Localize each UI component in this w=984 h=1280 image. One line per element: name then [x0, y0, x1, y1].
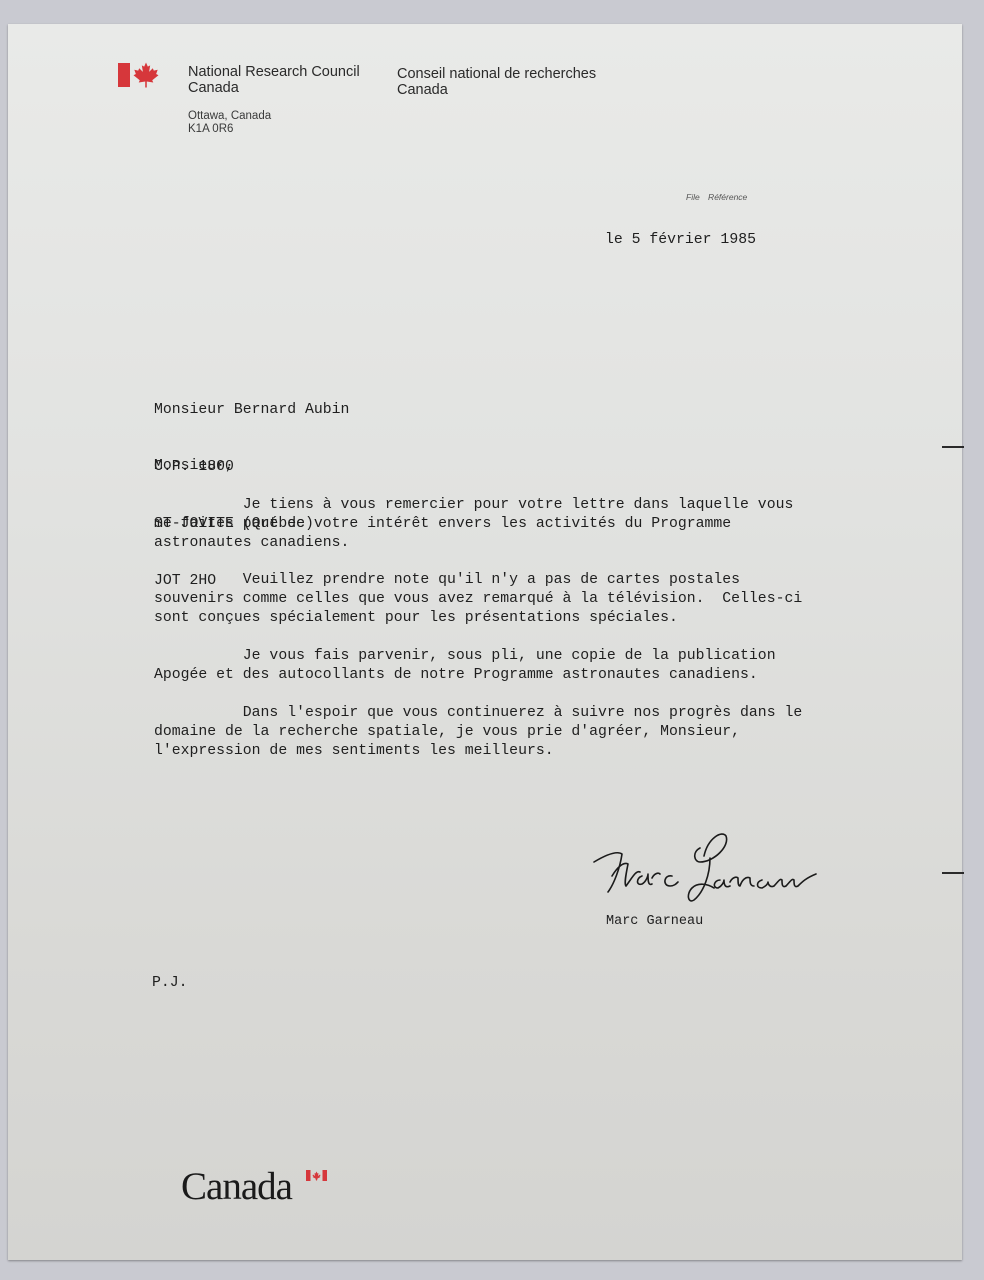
handwritten-signature	[590, 828, 830, 908]
org-country-en: Canada	[188, 80, 360, 96]
canada-wordmark: Canada	[181, 1165, 292, 1209]
maple-leaf-icon	[133, 62, 159, 88]
org-name-fr-line: Conseil national de recherches	[397, 66, 596, 82]
org-name-fr: Conseil national de recherches Canada	[397, 66, 596, 98]
org-postal-code: K1A 0R6	[188, 123, 271, 136]
body-paragraph: Je tiens à vous remercier pour votre let…	[154, 496, 793, 553]
org-name-en: National Research Council Canada	[188, 64, 360, 96]
file-reference-label: File Référence	[686, 192, 747, 202]
salutation: Monsieur,	[154, 457, 234, 476]
org-country-fr: Canada	[397, 82, 596, 98]
body-paragraph: Dans l'espoir que vous continuerez à sui…	[154, 704, 802, 761]
canada-flag-icon	[306, 1170, 327, 1181]
fold-mark	[942, 872, 964, 874]
org-name-en-line: National Research Council	[188, 64, 360, 80]
flag-bar-icon	[118, 63, 130, 87]
recipient-line: Monsieur Bernard Aubin	[154, 401, 349, 420]
org-address: Ottawa, Canada K1A 0R6	[188, 110, 271, 136]
body-paragraph: Veuillez prendre note qu'il n'y a pas de…	[154, 571, 802, 628]
fold-mark	[942, 446, 964, 448]
letter-date: le 5 février 1985	[605, 231, 756, 250]
org-city: Ottawa, Canada	[188, 110, 271, 123]
body-paragraph: Je vous fais parvenir, sous pli, une cop…	[154, 647, 776, 685]
letter-paper	[8, 24, 962, 1260]
enclosure-notation: P.J.	[152, 974, 188, 993]
typed-signer-name: Marc Garneau	[606, 912, 703, 931]
